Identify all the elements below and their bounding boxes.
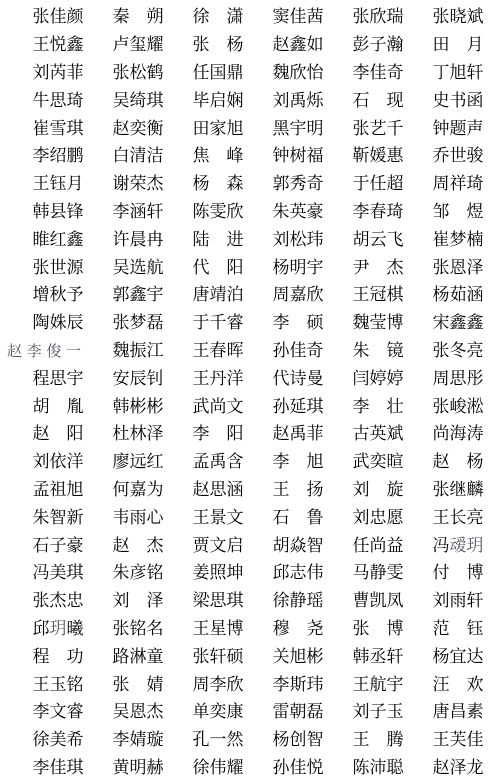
- name-character: 雷: [273, 704, 290, 721]
- name-character: 赵: [433, 760, 450, 777]
- name-character: 娴: [227, 93, 244, 110]
- person-name: 路淋童: [113, 649, 164, 666]
- name-row: 赵李俊一魏振江王春晖孙佳奇朱镜张冬亮: [18, 338, 499, 366]
- person-name: 田家旭: [193, 121, 244, 138]
- name-character: 李: [113, 204, 130, 221]
- name-character: 鹏: [67, 148, 84, 165]
- person-name: 宋鑫鑫: [433, 315, 484, 332]
- name-cell: 王春晖: [178, 343, 258, 360]
- person-name: 朱彦铭: [113, 565, 164, 582]
- name-cell: 张世源: [18, 260, 98, 277]
- name-character: 魏: [353, 315, 370, 332]
- name-character: 程: [33, 371, 50, 388]
- name-character: 王: [353, 287, 370, 304]
- person-name: 闫婷婷: [353, 371, 404, 388]
- name-cell: 周李欣: [178, 677, 258, 694]
- name-character: 孟: [193, 454, 210, 471]
- name-character: 沛: [370, 760, 387, 777]
- name-character: 姝: [50, 315, 67, 332]
- person-name: 王玉铭: [33, 677, 84, 694]
- name-character: 曼: [307, 371, 324, 388]
- name-cell: 赵阳: [18, 426, 98, 443]
- name-character: 佳: [370, 65, 387, 82]
- name-character: 雪: [50, 121, 67, 138]
- name-character: 奕: [370, 454, 387, 471]
- name-cell: 魏振江: [98, 343, 178, 360]
- name-character: 黄: [113, 760, 130, 777]
- name-row: 张佳颜秦朔徐潇窦佳茜张欣瑞张晓斌: [18, 4, 499, 32]
- person-name: 张松鹤: [113, 65, 164, 82]
- name-character: 婷: [387, 371, 404, 388]
- name-character: 思: [210, 593, 227, 610]
- name-cell: 钟树福: [258, 148, 338, 165]
- name-character: 启: [210, 93, 227, 110]
- name-character: 启: [227, 538, 244, 555]
- name-character: 张: [193, 37, 210, 54]
- person-name: 杨明宇: [273, 260, 324, 277]
- name-row: 刘依洋廖远红孟禹含李旭武奕暄赵杨: [18, 449, 499, 477]
- name-character: 智: [50, 510, 67, 527]
- name-character: 潇: [227, 9, 244, 26]
- name-cell: 周思彤: [418, 371, 498, 388]
- name-list-page: 张佳颜秦朔徐潇窦佳茜张欣瑞张晓斌王悦鑫卢玺耀张杨赵鑫如彭子瀚田月刘芮菲张松鹤任国…: [0, 0, 499, 783]
- name-character: 硕: [227, 649, 244, 666]
- name-character: 郭: [113, 287, 130, 304]
- name-cell: 卢玺耀: [98, 37, 178, 54]
- name-cell: 张杨: [178, 37, 258, 54]
- name-character: 美: [50, 565, 67, 582]
- name-cell: 韩丞轩: [338, 649, 418, 666]
- name-character: 安: [113, 371, 130, 388]
- name-character: 王: [193, 343, 210, 360]
- name-character: 煜: [467, 204, 484, 221]
- name-character: 宇: [67, 371, 84, 388]
- name-character: 李: [273, 677, 290, 694]
- name-character: 田: [193, 121, 210, 138]
- person-name: 卢玺耀: [113, 37, 164, 54]
- name-character: 心: [147, 510, 164, 527]
- name-character: 昌: [450, 704, 467, 721]
- name-character: 荣: [130, 176, 147, 193]
- name-character: 焦: [193, 148, 210, 165]
- name-cell: 宋鑫鑫: [418, 315, 498, 332]
- name-cell: 付博: [418, 565, 498, 582]
- name-character: 杰: [50, 593, 67, 610]
- name-cell: 汪欢: [418, 677, 498, 694]
- name-character: 莹: [370, 315, 387, 332]
- name-cell: 任尚益: [338, 538, 418, 555]
- name-character: 菲: [67, 65, 84, 82]
- name-character: 继: [450, 482, 467, 499]
- name-cell: 孙佳悦: [258, 760, 338, 777]
- name-character: 王: [193, 510, 210, 527]
- name-cell: 古英斌: [338, 426, 418, 443]
- name-cell: 钟题声: [418, 121, 498, 138]
- name-row: 冯美琪朱彦铭姜照坤邱志伟马静雯付博: [18, 560, 499, 588]
- name-cell: 丁旭轩: [418, 65, 498, 82]
- name-character: 田: [433, 37, 450, 54]
- name-row: 王悦鑫卢玺耀张杨赵鑫如彭子瀚田月: [18, 32, 499, 60]
- name-character: 扬: [307, 482, 324, 499]
- name-character: 王: [33, 677, 50, 694]
- name-cell: 韩彬彬: [98, 399, 178, 416]
- name-character: 杨: [433, 287, 450, 304]
- person-name: 李文睿: [33, 704, 84, 721]
- name-character: 现: [387, 93, 404, 110]
- name-character: 尚: [370, 538, 387, 555]
- name-character: 张: [113, 65, 130, 82]
- person-name: 赵阳: [33, 426, 84, 443]
- name-grid: 张佳颜秦朔徐潇窦佳茜张欣瑞张晓斌王悦鑫卢玺耀张杨赵鑫如彭子瀚田月刘芮菲张松鹤任国…: [0, 0, 499, 782]
- name-cell: 路淋童: [98, 649, 178, 666]
- person-name: 钟树福: [273, 148, 324, 165]
- name-character: 家: [210, 121, 227, 138]
- person-name: 石子豪: [33, 538, 84, 555]
- name-character: 彬: [307, 649, 324, 666]
- name-character: 涛: [467, 426, 484, 443]
- person-name: 睢红鑫: [33, 232, 84, 249]
- name-character: 亮: [467, 510, 484, 527]
- name-character: 刘: [273, 232, 290, 249]
- person-name: 李绍鹏: [33, 148, 84, 165]
- name-character: 徐: [193, 9, 210, 26]
- person-name: 魏莹博: [353, 315, 404, 332]
- name-character: 乔: [433, 148, 450, 165]
- name-character: 朱: [33, 510, 50, 527]
- person-name: 程思宇: [33, 371, 84, 388]
- name-character: 阳: [227, 426, 244, 443]
- name-character: 彤: [467, 371, 484, 388]
- person-name: 尚海涛: [433, 426, 484, 443]
- name-cell: 于任超: [338, 176, 418, 193]
- person-name: 孙佳奇: [273, 343, 324, 360]
- name-character: 豪: [67, 538, 84, 555]
- name-cell: 石子豪: [18, 538, 98, 555]
- name-row: 张世源吴选航代阳杨明宇尹杰张恩泽: [18, 254, 499, 282]
- name-cell: 郭鑫宇: [98, 287, 178, 304]
- name-character: 棋: [387, 287, 404, 304]
- person-name: 王钰月: [33, 176, 84, 193]
- person-name: 孙佳悦: [273, 760, 324, 777]
- name-character: 文: [227, 510, 244, 527]
- person-name: 靳媛惠: [353, 148, 404, 165]
- person-name: 周嘉欣: [273, 287, 324, 304]
- name-character: 佳: [50, 760, 67, 777]
- name-cell: 杨茹涵: [418, 287, 498, 304]
- name-character: 禹: [290, 93, 307, 110]
- person-name: 王扬: [273, 482, 324, 499]
- name-cell: 朱彦铭: [98, 565, 178, 582]
- name-cell: 武尚文: [178, 399, 258, 416]
- name-character: 硕: [307, 315, 324, 332]
- name-character: 航: [370, 677, 387, 694]
- person-name: 冯美琪: [33, 565, 84, 582]
- name-character: 清: [130, 148, 147, 165]
- name-character: 廖: [113, 454, 130, 471]
- person-name: 王航宇: [353, 677, 404, 694]
- name-character: 王: [433, 510, 450, 527]
- name-character: 窦: [273, 9, 290, 26]
- person-name: 廖远红: [113, 454, 164, 471]
- person-name: 彭子瀚: [353, 37, 404, 54]
- name-character: 月: [467, 37, 484, 54]
- name-character: 茜: [307, 9, 324, 26]
- name-cell: 刘雨轩: [418, 593, 498, 610]
- name-cell: 李绍鹏: [18, 148, 98, 165]
- name-row: 张杰忠刘泽梁思琪徐静瑶曹凯凤刘雨轩: [18, 588, 499, 616]
- name-character: 赵: [7, 344, 22, 359]
- name-character: 焱: [290, 538, 307, 555]
- name-cell: 李旭: [258, 454, 338, 471]
- person-name: 张恩泽: [433, 260, 484, 277]
- name-cell: 徐伟耀: [178, 760, 258, 777]
- name-character: 赵: [113, 121, 130, 138]
- name-character: 题: [450, 121, 467, 138]
- name-character: 鑫: [67, 37, 84, 54]
- person-name: 张轩硕: [193, 649, 244, 666]
- name-character: 杰: [147, 704, 164, 721]
- name-character: 阳: [227, 260, 244, 277]
- name-cell: 黑宇明: [258, 121, 338, 138]
- name-character: 淋: [130, 649, 147, 666]
- name-character: 宇: [307, 260, 324, 277]
- name-character: 钊: [147, 371, 164, 388]
- name-character: 超: [387, 176, 404, 193]
- name-cell: 尚海涛: [418, 426, 498, 443]
- name-character: 龙: [467, 760, 484, 777]
- name-cell: 朱智新: [18, 510, 98, 527]
- name-character: 江: [147, 343, 164, 360]
- name-character: 崔: [433, 232, 450, 249]
- name-character: 任: [193, 65, 210, 82]
- name-character: 鼎: [227, 65, 244, 82]
- person-name: 陆进: [193, 232, 244, 249]
- name-character: 张: [353, 9, 370, 26]
- name-character: 王: [33, 37, 50, 54]
- name-character: 赵: [193, 482, 210, 499]
- name-character: 丞: [370, 649, 387, 666]
- person-name: 刘雨轩: [433, 593, 484, 610]
- name-character: 宇: [387, 677, 404, 694]
- name-cell: 王航宇: [338, 677, 418, 694]
- name-character: 孙: [273, 343, 290, 360]
- person-name: 张梦磊: [113, 315, 164, 332]
- name-character: 石: [273, 510, 290, 527]
- name-character: 睿: [67, 704, 84, 721]
- name-character: 邱: [33, 621, 50, 638]
- name-character: 旭: [307, 454, 324, 471]
- name-character: 月: [67, 176, 84, 193]
- name-cell: 赵李俊一: [18, 344, 98, 359]
- person-name: 刘松玮: [273, 232, 324, 249]
- name-character: 凤: [387, 593, 404, 610]
- name-character: 付: [433, 565, 450, 582]
- name-character: 婷: [370, 371, 387, 388]
- name-character: 希: [67, 732, 84, 749]
- name-character: 程: [33, 649, 50, 666]
- name-character: 千: [210, 315, 227, 332]
- name-character: 欣: [370, 9, 387, 26]
- name-character: 彬: [130, 399, 147, 416]
- name-cell: 陈雯欣: [178, 204, 258, 221]
- name-character: 邱: [273, 565, 290, 582]
- person-name: 武尚文: [193, 399, 244, 416]
- name-character: 照: [210, 565, 227, 582]
- name-character: 陈: [193, 204, 210, 221]
- name-character: 王: [193, 371, 210, 388]
- person-name: 张峻淞: [433, 399, 484, 416]
- name-character: 关: [273, 649, 290, 666]
- name-character: 新: [67, 510, 84, 527]
- name-character: 曦: [67, 621, 84, 638]
- person-name: 崔梦楠: [433, 232, 484, 249]
- name-character: 崔: [33, 121, 50, 138]
- name-character: 子: [50, 538, 67, 555]
- name-character: 明: [130, 760, 147, 777]
- name-character: 怡: [307, 65, 324, 82]
- name-character: 杰: [147, 176, 164, 193]
- name-character: 张: [113, 621, 130, 638]
- name-character: 鑫: [467, 315, 484, 332]
- name-character: 任: [353, 538, 370, 555]
- person-name: 秦朔: [113, 9, 164, 26]
- name-character: 白: [113, 148, 130, 165]
- person-name: 姜照坤: [193, 565, 244, 582]
- name-character: 耀: [227, 760, 244, 777]
- person-name: 郭鑫宇: [113, 287, 164, 304]
- name-character: 伟: [307, 565, 324, 582]
- person-name: 魏欣怡: [273, 65, 324, 82]
- name-character: 祥: [450, 176, 467, 193]
- person-name: 张博: [353, 621, 404, 638]
- person-name: 尹杰: [353, 260, 404, 277]
- name-cell: 史书函: [418, 93, 498, 110]
- name-cell: 王长亮: [418, 510, 498, 527]
- name-cell: 赵思涵: [178, 482, 258, 499]
- name-character: 赵: [433, 454, 450, 471]
- name-cell: 刘泽: [98, 593, 178, 610]
- name-cell: 张博: [338, 621, 418, 638]
- name-character: 鹤: [147, 65, 164, 82]
- person-name: 李阳: [193, 426, 244, 443]
- name-character: 佳: [290, 9, 307, 26]
- name-character: 欣: [227, 204, 244, 221]
- name-character: 武: [353, 454, 370, 471]
- name-character: 祖: [50, 482, 67, 499]
- name-character: 雯: [387, 565, 404, 582]
- name-character: 耀: [147, 37, 164, 54]
- name-cell: 李佳奇: [338, 65, 418, 82]
- name-character: 奕: [210, 704, 227, 721]
- name-cell: 吴绮琪: [98, 93, 178, 110]
- name-character: 玮: [307, 677, 324, 694]
- name-cell: 安辰钊: [98, 371, 178, 388]
- person-name: 徐美希: [33, 732, 84, 749]
- person-name: 古英斌: [353, 426, 404, 443]
- person-name: 韩丞轩: [353, 649, 404, 666]
- name-character: 文: [50, 704, 67, 721]
- name-character: 名: [147, 621, 164, 638]
- name-cell: 邱志伟: [258, 565, 338, 582]
- person-name: 于任超: [353, 176, 404, 193]
- name-character: 张: [433, 260, 450, 277]
- name-character: 康: [227, 704, 244, 721]
- name-character: 恩: [450, 260, 467, 277]
- person-name: 张婧: [113, 677, 164, 694]
- name-character: 石: [33, 538, 50, 555]
- name-character: 张: [433, 399, 450, 416]
- name-character: 旋: [387, 482, 404, 499]
- name-character: 古: [353, 426, 370, 443]
- name-character: 玥: [50, 621, 67, 638]
- name-character: 欣: [290, 65, 307, 82]
- person-name: 冯叆玥: [433, 538, 484, 555]
- name-character: 牛: [33, 93, 50, 110]
- name-character: 邹: [433, 204, 450, 221]
- name-character: 智: [307, 732, 324, 749]
- name-character: 俊: [46, 344, 61, 359]
- name-character: 闫: [353, 371, 370, 388]
- name-cell: 马静雯: [338, 565, 418, 582]
- person-name: 胡云飞: [353, 232, 404, 249]
- name-character: 林: [130, 426, 147, 443]
- name-cell: 徐潇: [178, 9, 258, 26]
- name-cell: 李佳琪: [18, 760, 98, 777]
- name-character: 韩: [113, 399, 130, 416]
- person-name: 杜林泽: [113, 426, 164, 443]
- person-name: 周李欣: [193, 677, 244, 694]
- person-name: 单奕康: [193, 704, 244, 721]
- name-cell: 杜林泽: [98, 426, 178, 443]
- name-character: 予: [67, 287, 84, 304]
- person-name: 任尚益: [353, 538, 404, 555]
- person-name: 黄明赫: [113, 760, 164, 777]
- name-cell: 许晨冉: [98, 232, 178, 249]
- name-character: 选: [130, 260, 147, 277]
- name-character: 麟: [467, 482, 484, 499]
- person-name: 徐伟耀: [193, 760, 244, 777]
- name-cell: 田月: [418, 37, 498, 54]
- name-character: 泽: [450, 760, 467, 777]
- name-character: 轩: [387, 649, 404, 666]
- name-character: 杨: [467, 454, 484, 471]
- name-cell: 单奕康: [178, 704, 258, 721]
- name-cell: 谢荣杰: [98, 176, 178, 193]
- person-name: 杨创智: [273, 732, 324, 749]
- name-character: 李: [273, 315, 290, 332]
- name-character: 刘: [273, 93, 290, 110]
- name-character: 毕: [193, 93, 210, 110]
- name-character: 禹: [210, 454, 227, 471]
- name-character: 智: [307, 538, 324, 555]
- name-character: 胡: [353, 232, 370, 249]
- name-character: 范: [433, 621, 450, 638]
- name-character: 嘉: [290, 287, 307, 304]
- name-character: 洁: [147, 148, 164, 165]
- name-character: 旭: [227, 121, 244, 138]
- person-name: 王芙佳: [433, 732, 484, 749]
- name-character: 森: [227, 176, 244, 193]
- name-row: 程功路淋童张轩硕关旭彬韩丞轩杨宜达: [18, 643, 499, 671]
- name-character: 思: [50, 93, 67, 110]
- name-character: 英: [290, 204, 307, 221]
- name-character: 陆: [193, 232, 210, 249]
- person-name: 任国鼎: [193, 65, 244, 82]
- name-cell: 李文睿: [18, 704, 98, 721]
- name-cell: 邹煜: [418, 204, 498, 221]
- name-cell: 郭秀奇: [258, 176, 338, 193]
- name-cell: 张继麟: [418, 482, 498, 499]
